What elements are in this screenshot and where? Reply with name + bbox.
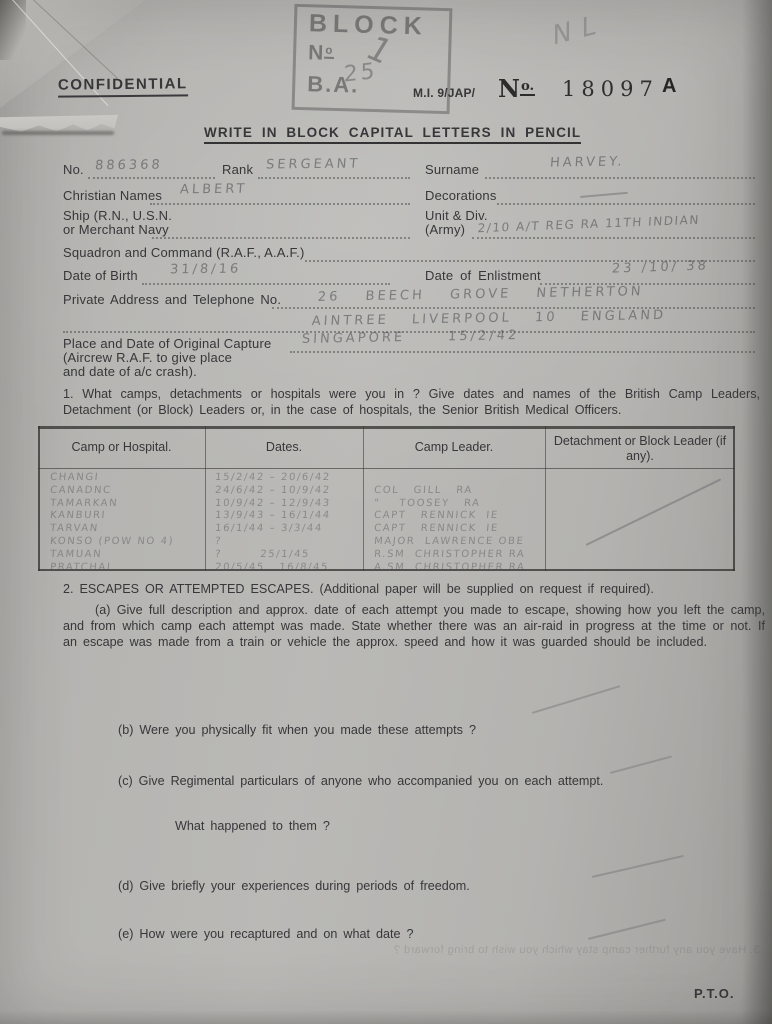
camp-entry: TAMARKAN — [49, 498, 174, 511]
camp-entry: CANADNC — [49, 485, 174, 498]
table-header-leader: Camp Leader. — [363, 440, 545, 455]
field-ship-label-line2: or Merchant Navy — [63, 222, 169, 237]
field-capture-label-line3: and date of a/c crash). — [63, 364, 197, 379]
camp-table: Camp or Hospital. Dates. Camp Leader. De… — [38, 426, 735, 572]
question2-item-c: (c) Give Regimental particulars of anyon… — [118, 773, 718, 789]
pencil-mark-c — [610, 755, 672, 773]
field-surname-value: HARVEY. — [549, 154, 625, 170]
field-rank-value: SERGEANT — [265, 157, 361, 173]
leader-entry: COL GILL RA — [373, 485, 525, 498]
pencil-mark-d — [592, 855, 684, 878]
dates-entry: ? 25/1/45 — [214, 549, 331, 562]
table-dates-column-entries: 15/2/42 – 20/6/42 24/6/42 – 10/9/42 10/9… — [215, 472, 331, 574]
detachment-column-slash-mark — [586, 478, 722, 545]
dates-entry: 10/9/42 – 12/9/43 — [214, 498, 331, 511]
field-squadron-label: Squadron and Command (R.A.F., A.A.F.) — [63, 245, 305, 260]
field-dob-line — [142, 282, 390, 285]
question2-item-c2: What happened to them ? — [175, 818, 575, 834]
table-header-separator — [38, 468, 735, 469]
pencil-mark-b — [532, 685, 621, 714]
mi9-serial-number: 18097 — [562, 77, 659, 101]
question2-item-d: (d) Give briefly your experiences during… — [118, 878, 678, 894]
mi9-series-letter: A — [662, 75, 677, 98]
field-decorations-dash — [580, 192, 628, 198]
pencil-initials: N L — [553, 10, 597, 52]
mi9-no-label: No. — [498, 74, 535, 103]
dates-entry: 20/5/45 16/8/45 — [214, 562, 331, 575]
confidential-label: CONFIDENTIAL — [58, 75, 188, 97]
field-no-label: No. — [63, 162, 84, 177]
field-decorations-label: Decorations — [425, 188, 497, 203]
leader-entry — [373, 472, 525, 485]
camp-entry: TAMUAN — [49, 549, 174, 562]
field-address-label: Private Address and Telephone No. — [63, 292, 281, 307]
field-no-value: 886368 — [94, 158, 163, 174]
stamp-no-text: No — [308, 41, 335, 66]
table-border-right — [733, 426, 735, 571]
field-address-value-line2: AINTREE LIVERPOOL 10 ENGLAND — [311, 308, 666, 329]
bottom-edge-shade — [0, 1010, 772, 1024]
question2-item-b: (b) Were you physically fit when you mad… — [118, 722, 678, 738]
stamp-block-text: BLOCK — [309, 9, 429, 41]
field-ship-label-line1: Ship (R.N., U.S.N. — [63, 208, 172, 223]
tear-shadow — [2, 131, 114, 135]
field-no-line — [88, 176, 215, 179]
instruction-title: WRITE IN BLOCK CAPITAL LETTERS IN PENCIL — [204, 125, 581, 144]
table-header-camp: Camp or Hospital. — [38, 440, 205, 455]
leader-entry: CAPT RENNICK IE — [373, 523, 525, 536]
stamp-pencil-ba-number: 25 — [344, 59, 378, 88]
field-capture-value: SINGAPORE 15/2/42 — [301, 328, 519, 347]
bleed-through-text: 3. Have you any further camp stay which … — [340, 944, 761, 956]
table-leader-column-entries: COL GILL RA " TOOSEY RA CAPT RENNICK IE … — [374, 472, 525, 574]
field-christian-names-value: ALBERT — [179, 182, 248, 198]
mi9-ref-prefix: M.I. 9/JAP/ — [413, 86, 475, 100]
field-address-value-line1: 26 BEECH GROVE NETHERTON — [317, 284, 644, 305]
table-header-detachment: Detachment or Block Leader (if any). — [550, 434, 730, 464]
field-unit-label-line2: (Army) — [425, 222, 465, 237]
field-ship-line — [152, 236, 410, 239]
field-dob-label: Date of Birth — [63, 268, 138, 283]
table-camp-column-entries: CHANGI CANADNC TAMARKAN KANBURI TARVAN K… — [50, 472, 174, 574]
field-address-line1 — [272, 306, 755, 309]
table-border-top — [38, 426, 735, 429]
camp-entry: PRATCHAI — [49, 562, 174, 575]
leader-entry: R.SM CHRISTOPHER RA — [373, 549, 525, 562]
field-enlistment-value: 23 /10/ 38 — [611, 258, 709, 276]
camp-entry: KANBURI — [49, 510, 174, 523]
leader-entry: " TOOSEY RA — [373, 498, 525, 511]
field-capture-label-line1: Place and Date of Original Capture — [63, 336, 271, 351]
field-christian-names-line — [150, 202, 410, 205]
pto-label: P.T.O. — [694, 986, 734, 1001]
camp-entry: KONSO (POW NO 4) — [49, 536, 174, 549]
right-edge-shade — [742, 0, 772, 1024]
field-rank-label: Rank — [222, 162, 253, 177]
field-decorations-line — [497, 202, 755, 205]
leader-entry: A.SM CHRISTOPHER RA — [373, 562, 525, 575]
field-capture-label-line2: (Aircrew R.A.F. to give place — [63, 350, 232, 365]
camp-entry: TARVAN — [49, 523, 174, 536]
dates-entry: 15/2/42 – 20/6/42 — [214, 472, 331, 485]
table-col-divider-3 — [545, 426, 546, 571]
camp-entry: CHANGI — [49, 472, 174, 485]
leader-entry: CAPT RENNICK IE — [373, 510, 525, 523]
field-surname-line — [485, 176, 755, 179]
question2-item-a: (a) Give full description and approx. da… — [63, 603, 765, 650]
field-capture-line — [290, 350, 755, 353]
field-christian-names-label: Christian Names — [63, 188, 162, 203]
question2-item-e: (e) How were you recaptured and on what … — [118, 926, 678, 942]
field-unit-value: 2/10 A/T REG RA 11TH INDIAN — [477, 213, 700, 235]
field-rank-line — [258, 176, 410, 179]
question1-text: 1. What camps, detachments or hospitals … — [63, 386, 760, 418]
field-surname-label: Surname — [425, 162, 479, 177]
field-enlistment-label: Date of Enlistment — [425, 268, 541, 283]
table-header-dates: Dates. — [205, 440, 363, 455]
dates-entry: ? — [214, 536, 331, 549]
question2-heading: 2. ESCAPES OR ATTEMPTED ESCAPES. (Additi… — [63, 581, 763, 597]
dates-entry: 24/6/42 – 10/9/42 — [214, 485, 331, 498]
leader-entry: MAJOR LAWRENCE OBE — [373, 536, 525, 549]
dates-entry: 16/1/44 – 3/3/44 — [214, 523, 331, 536]
pow-questionnaire-form: CONFIDENTIAL BLOCK No B.A. 1 25 N L M.I.… — [0, 0, 772, 1024]
field-dob-value: 31/8/16 — [169, 262, 241, 278]
dates-entry: 13/9/43 – 16/1/44 — [214, 510, 331, 523]
field-unit-line — [472, 236, 755, 239]
